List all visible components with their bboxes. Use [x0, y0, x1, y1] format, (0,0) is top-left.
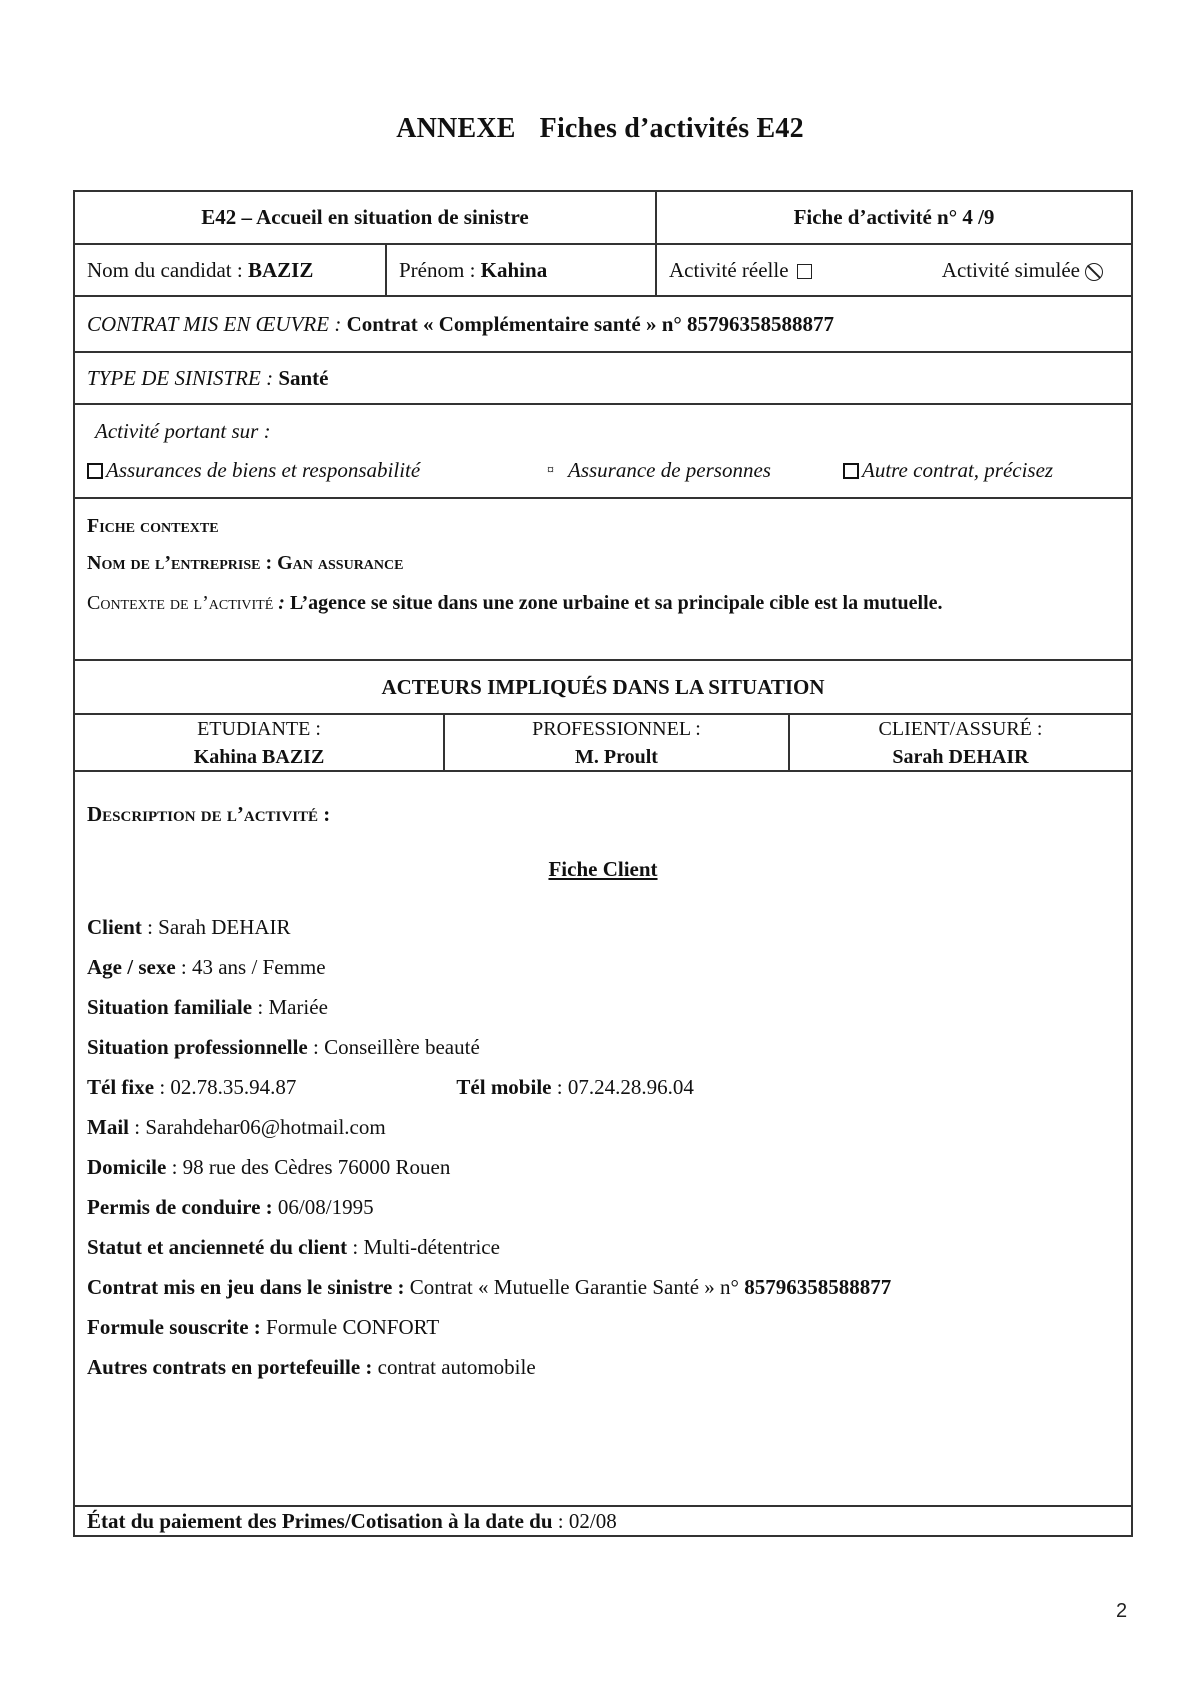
empty-checkbox-icon[interactable] [797, 264, 812, 279]
option-autre-label: Autre contrat, précisez [862, 458, 1053, 483]
option-personnes[interactable]: ¤Assurance de personnes [547, 458, 843, 483]
field-sep: : [154, 1075, 170, 1099]
description-row: Description de l’activité : Fiche Client… [75, 772, 1131, 1507]
field-tel-fixe-label: Tél fixe [87, 1075, 154, 1099]
paiement-row: État du paiement des Primes/Cotisation à… [75, 1507, 1131, 1535]
fiche-contexte-heading: Fiche contexte [87, 515, 1119, 538]
field-mail-value: Sarahdehar06@hotmail.com [145, 1115, 385, 1139]
candidate-name-label: Nom du candidat : [87, 258, 248, 283]
candidate-name-value: BAZIZ [248, 258, 313, 283]
contrat-row: CONTRAT MIS EN ŒUVRE : Contrat « Complém… [75, 297, 1131, 353]
field-formule-value: Formule CONFORT [266, 1315, 439, 1339]
field-age-label: Age / sexe [87, 955, 176, 979]
field-contrat-jeu-value: Contrat « Mutuelle Garantie Santé » n° [410, 1275, 744, 1299]
entreprise-line: Nom de l’entreprise : Gan assurance [87, 552, 1119, 575]
acteur-professionnel-name: M. Proult [575, 743, 658, 771]
field-sep: : [166, 1155, 182, 1179]
field-pro: Situation professionnelle : Conseillère … [87, 1027, 1119, 1067]
acteur-professionnel: PROFESSIONNEL : M. Proult [445, 715, 790, 770]
field-sep: : [176, 955, 192, 979]
field-statut: Statut et ancienneté du client : Multi-d… [87, 1227, 1119, 1267]
sinistre-row: TYPE DE SINISTRE : Santé [75, 353, 1131, 405]
field-sep: : [129, 1115, 145, 1139]
option-autre[interactable]: Autre contrat, précisez [843, 458, 1053, 483]
field-domicile-value: 98 rue des Cèdres 76000 Rouen [183, 1155, 451, 1179]
header-row: E42 – Accueil en situation de sinistre F… [75, 192, 1131, 245]
field-sep: : [308, 1035, 324, 1059]
title-annexe: ANNEXE [396, 113, 515, 144]
field-permis-value: 06/08/1995 [278, 1195, 374, 1219]
option-personnes-label: Assurance de personnes [568, 458, 771, 483]
acteur-client: CLIENT/ASSURÉ : Sarah DEHAIR [790, 715, 1131, 770]
acteur-etudiante-role: ETUDIANTE : [197, 715, 321, 743]
contexte-activite-label: Contexte de l’activité [87, 592, 278, 614]
page-number: 2 [1116, 1600, 1127, 1623]
epreuve-title: E42 – Accueil en situation de sinistre [75, 192, 657, 243]
activite-portant-label: Activité portant sur : [95, 419, 1119, 444]
sinistre-cell: TYPE DE SINISTRE : Santé [75, 353, 341, 403]
field-client: Client : Sarah DEHAIR [87, 907, 1119, 947]
checked-prohibited-circle-icon[interactable] [1085, 263, 1103, 281]
contexte-row: Fiche contexte Nom de l’entreprise : Gan… [75, 499, 1131, 661]
description-heading: Description de l’activité : [87, 802, 1119, 827]
paiement-label: État du paiement des Primes/Cotisation à… [87, 1509, 553, 1534]
candidate-firstname-label: Prénom : [399, 258, 481, 283]
paiement-value: 02/08 [569, 1509, 617, 1534]
field-autres: Autres contrats en portefeuille : contra… [87, 1347, 1119, 1387]
acteur-client-name: Sarah DEHAIR [892, 743, 1028, 771]
field-statut-value: Multi-détentrice [364, 1235, 500, 1259]
sinistre-label: TYPE DE SINISTRE : [87, 366, 278, 391]
field-tel-fixe-value: 02.78.35.94.87 [170, 1075, 296, 1099]
fiche-number: Fiche d’activité n° 4 /9 [657, 192, 1131, 243]
activity-type-cell: Activité réelle Activité simulée [657, 245, 1131, 295]
fiche-client-title: Fiche Client [87, 857, 1119, 882]
field-domicile: Domicile : 98 rue des Cèdres 76000 Rouen [87, 1147, 1119, 1187]
field-sep: : [252, 995, 268, 1019]
field-mail: Mail : Sarahdehar06@hotmail.com [87, 1107, 1119, 1147]
field-domicile-label: Domicile [87, 1155, 166, 1179]
field-telephones: Tél fixe : 02.78.35.94.87Tél mobile : 07… [87, 1067, 1119, 1107]
field-familiale-label: Situation familiale [87, 995, 252, 1019]
acteur-etudiante: ETUDIANTE : Kahina BAZIZ [75, 715, 445, 770]
activite-simulee-option[interactable]: Activité simulée [942, 258, 1103, 283]
field-pro-label: Situation professionnelle [87, 1035, 308, 1059]
field-sep: : [551, 1075, 567, 1099]
option-biens-label: Assurances de biens et responsabilité [106, 458, 420, 483]
candidate-firstname-cell: Prénom : Kahina [387, 245, 657, 295]
contrat-label: CONTRAT MIS EN ŒUVRE : [87, 312, 347, 337]
field-contrat-jeu: Contrat mis en jeu dans le sinistre : Co… [87, 1267, 1119, 1307]
field-familiale-value: Mariée [268, 995, 327, 1019]
field-contrat-jeu-number: 85796358588877 [744, 1275, 891, 1299]
candidate-row: Nom du candidat : BAZIZ Prénom : Kahina … [75, 245, 1131, 297]
activite-portant-options: Assurances de biens et responsabilité ¤A… [87, 458, 1119, 483]
field-age-value: 43 ans / Femme [192, 955, 326, 979]
contrat-value: Contrat « Complémentaire santé » n° 8579… [347, 312, 834, 337]
title-fiches: Fiches d’activités E42 [540, 113, 804, 144]
field-contrat-jeu-label: Contrat mis en jeu dans le sinistre : [87, 1275, 405, 1299]
field-sep: : [347, 1235, 363, 1259]
contrat-cell: CONTRAT MIS EN ŒUVRE : Contrat « Complém… [75, 297, 846, 351]
empty-checkbox-icon[interactable] [843, 463, 859, 479]
field-permis-label: Permis de conduire : [87, 1195, 273, 1219]
contexte-activite-sep: : [278, 592, 290, 614]
field-pro-value: Conseillère beauté [324, 1035, 480, 1059]
acteur-client-role: CLIENT/ASSURÉ : [879, 715, 1043, 743]
contexte-activite-line: Contexte de l’activité : L’agence se sit… [87, 589, 1119, 617]
acteurs-row: ETUDIANTE : Kahina BAZIZ PROFESSIONNEL :… [75, 715, 1131, 772]
field-familiale: Situation familiale : Mariée [87, 987, 1119, 1027]
activity-sheet-table: E42 – Accueil en situation de sinistre F… [73, 190, 1133, 1537]
activite-reelle-option[interactable]: Activité réelle [669, 258, 812, 283]
option-biens[interactable]: Assurances de biens et responsabilité [87, 458, 547, 483]
activite-simulee-label: Activité simulée [942, 258, 1080, 282]
field-client-value: Sarah DEHAIR [158, 915, 290, 939]
field-client-label: Client [87, 915, 142, 939]
field-tel-mobile: Tél mobile : 07.24.28.96.04 [456, 1067, 693, 1107]
field-tel-mobile-label: Tél mobile [456, 1075, 551, 1099]
paiement-sep: : [553, 1509, 569, 1534]
field-autres-value: contrat automobile [378, 1355, 536, 1379]
acteurs-title: ACTEURS IMPLIQUÉS DANS LA SITUATION [75, 661, 1131, 713]
field-statut-label: Statut et ancienneté du client [87, 1235, 347, 1259]
acteur-professionnel-role: PROFESSIONNEL : [532, 715, 701, 743]
empty-checkbox-icon[interactable] [87, 463, 103, 479]
candidate-name-cell: Nom du candidat : BAZIZ [75, 245, 387, 295]
checked-marker-icon[interactable]: ¤ [547, 463, 554, 479]
field-formule-label: Formule souscrite : [87, 1315, 261, 1339]
activite-portant-row: Activité portant sur : Assurances de bie… [75, 405, 1131, 499]
contexte-activite-value: L’agence se situe dans une zone urbaine … [290, 592, 943, 614]
sinistre-value: Santé [278, 366, 328, 391]
field-mail-label: Mail [87, 1115, 129, 1139]
candidate-firstname-value: Kahina [481, 258, 548, 283]
entreprise-value: Gan assurance [277, 552, 403, 574]
entreprise-label: Nom de l’entreprise : [87, 552, 277, 574]
field-age: Age / sexe : 43 ans / Femme [87, 947, 1119, 987]
field-formule: Formule souscrite : Formule CONFORT [87, 1307, 1119, 1347]
acteurs-title-row: ACTEURS IMPLIQUÉS DANS LA SITUATION [75, 661, 1131, 715]
field-autres-label: Autres contrats en portefeuille : [87, 1355, 372, 1379]
field-tel-mobile-value: 07.24.28.96.04 [568, 1075, 694, 1099]
acteur-etudiante-name: Kahina BAZIZ [194, 743, 325, 771]
page-title: ANNEXEFiches d’activités E42 [0, 113, 1200, 145]
field-sep: : [142, 915, 158, 939]
field-permis: Permis de conduire : 06/08/1995 [87, 1187, 1119, 1227]
paiement-cell: État du paiement des Primes/Cotisation à… [75, 1507, 629, 1535]
activite-reelle-label: Activité réelle [669, 258, 789, 282]
